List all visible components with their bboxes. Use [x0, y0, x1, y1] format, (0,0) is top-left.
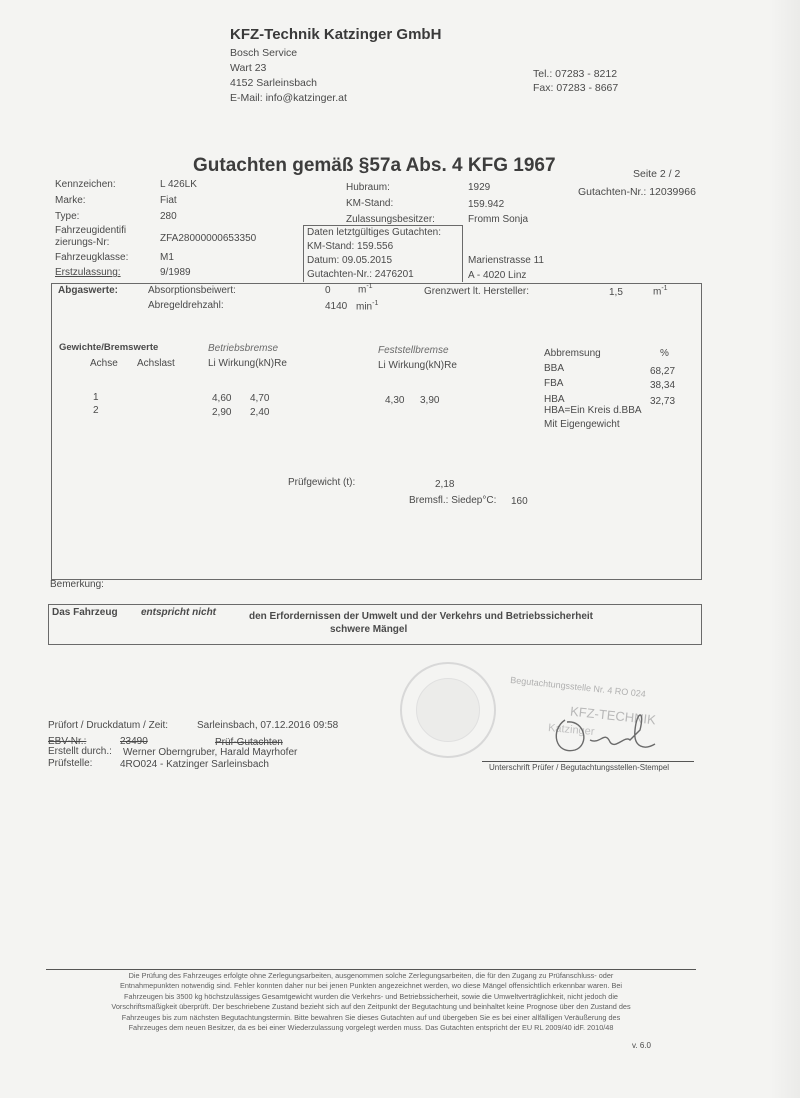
type-label: Type: — [55, 211, 79, 222]
fb-wirkung-header: Li Wirkung(kN)Re — [378, 360, 457, 371]
betriebsbremse-heading: Betriebsbremse — [208, 343, 278, 354]
ebv-value: 23490 — [120, 736, 148, 747]
hubraum-label: Hubraum: — [346, 182, 390, 193]
feststellbremse-heading: Feststellbremse — [378, 345, 449, 356]
footer-line: Entnahmepunkten notwendig sind. Fehler k… — [46, 981, 696, 991]
besitzer-city: A - 4020 Linz — [468, 270, 526, 281]
footer-disclaimer: Die Prüfung des Fahrzeuges erfolgte ohne… — [46, 971, 696, 1033]
absorption-unit-exp: -1 — [366, 283, 372, 290]
km-value: 159.942 — [468, 199, 504, 210]
page-number: Seite 2 / 2 — [633, 168, 680, 180]
eigengewicht-note: Mit Eigengewicht — [544, 419, 620, 430]
row2-bb-re: 2,40 — [250, 407, 269, 418]
marke-value: Fiat — [160, 195, 177, 206]
type-value: 280 — [160, 211, 177, 222]
emissions-label: Abgaswerte: — [58, 285, 118, 296]
marke-label: Marke: — [55, 195, 86, 206]
besitzer-label: Zulassungsbesitzer: — [346, 214, 435, 225]
klasse-value: M1 — [160, 252, 174, 263]
company-line1: Bosch Service — [230, 47, 297, 59]
seal-eagle-icon — [416, 678, 480, 742]
erstellt-label: Erstellt durch.: — [48, 746, 112, 757]
erstzulassung-label: Erstzulassung: — [55, 267, 121, 278]
row1-bb-li: 4,60 — [212, 393, 231, 404]
grenzwert-unit: m-1 — [653, 285, 668, 297]
footer-rule — [46, 969, 696, 970]
company-street: Wart 23 — [230, 62, 266, 74]
measurement-box — [51, 283, 702, 580]
abbremsung-label: Abbremsung — [544, 348, 601, 359]
siedepunkt-value: 160 — [511, 496, 528, 507]
erstzulassung-value: 9/1989 — [160, 267, 191, 278]
klasse-label: Fahrzeugklasse: — [55, 252, 128, 263]
hubraum-value: 1929 — [468, 182, 490, 193]
bba-value: 68,27 — [650, 366, 675, 377]
fin-label-2: zierungs-Nr: — [55, 237, 109, 248]
erstellt-value: Werner Oberngruber, Harald Mayrhofer — [123, 747, 297, 758]
row2-achse: 2 — [93, 405, 99, 416]
paper-edge-shadow — [770, 0, 800, 1098]
signature-scribble-icon — [545, 700, 665, 760]
siedepunkt-label: Bremsfl.: Siedep°C: — [409, 495, 496, 506]
form-version: v. 6.0 — [632, 1041, 651, 1050]
fin-value: ZFA28000000653350 — [160, 233, 256, 244]
kennzeichen-label: Kennzeichen: — [55, 179, 116, 190]
verdict-subject: Das Fahrzeug — [52, 607, 118, 618]
grenzwert-unit-exp: -1 — [661, 285, 667, 292]
row1-achse: 1 — [93, 392, 99, 403]
percent-label: % — [660, 348, 669, 359]
last-report-heading: Daten letztgültiges Gutachten: — [307, 227, 441, 238]
absorption-label: Absorptionsbeiwert: — [148, 285, 236, 296]
absorption-unit: m-1 — [358, 283, 373, 295]
footer-line: Fahrzeuges bis zum nächsten Begutachtung… — [46, 1013, 696, 1023]
hba-label: HBA — [544, 394, 565, 405]
footer-line: Fahrzeuges dem neuen Besitzer, da es bei… — [46, 1023, 696, 1033]
abregel-unit-base: min — [356, 301, 372, 312]
row2-bb-li: 2,90 — [212, 407, 231, 418]
pruefstelle-label: Prüfstelle: — [48, 758, 92, 769]
besitzer-street: Marienstrasse 11 — [468, 255, 544, 266]
footer-line: Vorschriftsmäßigkeit überprüft. Der besc… — [46, 1002, 696, 1012]
last-report-number: Gutachten-Nr.: 2476201 — [307, 269, 414, 280]
abregel-label: Abregeldrehzahl: — [148, 300, 224, 311]
grenzwert-value: 1,5 — [609, 287, 623, 298]
page-title: Gutachten gemäß §57a Abs. 4 KFG 1967 — [193, 155, 556, 177]
achse-header: Achse — [90, 358, 118, 369]
pruefgewicht-value: 2,18 — [435, 479, 454, 490]
verdict-text: den Erfordernissen der Umwelt und der Ve… — [249, 611, 593, 622]
row1-fb-li: 4,30 — [385, 395, 404, 406]
company-tel: Tel.: 07283 - 8212 — [533, 68, 617, 80]
last-report-km: KM-Stand: 159.556 — [307, 241, 393, 252]
besitzer-value: Fromm Sonja — [468, 214, 528, 225]
brakes-section-label: Gewichte/Bremswerte — [59, 342, 158, 353]
company-city: 4152 Sarleinsbach — [230, 77, 317, 89]
verdict-severity: schwere Mängel — [330, 624, 407, 635]
fin-label-1: Fahrzeugidentifi — [55, 225, 126, 236]
signature-line-label: Unterschrift Prüfer / Begutachtungsstell… — [489, 763, 669, 772]
absorption-value: 0 — [325, 285, 331, 296]
abregel-value: 4140 — [325, 301, 347, 312]
pruefort-label: Prüfort / Druckdatum / Zeit: — [48, 720, 168, 731]
company-fax: Fax: 07283 - 8667 — [533, 82, 618, 94]
grenzwert-label: Grenzwert lt. Hersteller: — [424, 286, 529, 297]
km-label: KM-Stand: — [346, 198, 393, 209]
row1-fb-re: 3,90 — [420, 395, 439, 406]
last-report-date: Datum: 09.05.2015 — [307, 255, 392, 266]
verdict-status: entspricht nicht — [141, 607, 216, 618]
bba-label: BBA — [544, 363, 564, 374]
company-email: E-Mail: info@katzinger.at — [230, 92, 347, 104]
row1-bb-re: 4,70 — [250, 393, 269, 404]
fba-label: FBA — [544, 378, 563, 389]
company-name: KFZ-Technik Katzinger GmbH — [230, 26, 441, 43]
remark-label: Bemerkung: — [50, 579, 104, 590]
hba-note: HBA=Ein Kreis d.BBA — [544, 405, 642, 416]
hba-value: 32,73 — [650, 396, 675, 407]
signature-line — [482, 761, 694, 762]
achslast-header: Achslast — [137, 358, 175, 369]
official-seal-icon — [400, 662, 496, 758]
bb-wirkung-header: Li Wirkung(kN)Re — [208, 358, 287, 369]
kennzeichen-value: L 426LK — [160, 179, 197, 190]
pruefgewicht-label: Prüfgewicht (t): — [288, 477, 355, 488]
footer-line: Fahrzeugen bis 3500 kg höchstzulässiges … — [46, 992, 696, 1002]
pruefstelle-value: 4RO024 - Katzinger Sarleinsbach — [120, 759, 269, 770]
footer-line: Die Prüfung des Fahrzeuges erfolgte ohne… — [46, 971, 696, 981]
abregel-unit: min-1 — [356, 300, 378, 312]
abregel-unit-exp: -1 — [372, 300, 378, 307]
stamp-text: Begutachtungsstelle Nr. 4 RO 024 — [510, 675, 646, 699]
report-number: Gutachten-Nr.: 12039966 — [578, 186, 696, 198]
pruefort-value: Sarleinsbach, 07.12.2016 09:58 — [197, 720, 338, 731]
fba-value: 38,34 — [650, 380, 675, 391]
